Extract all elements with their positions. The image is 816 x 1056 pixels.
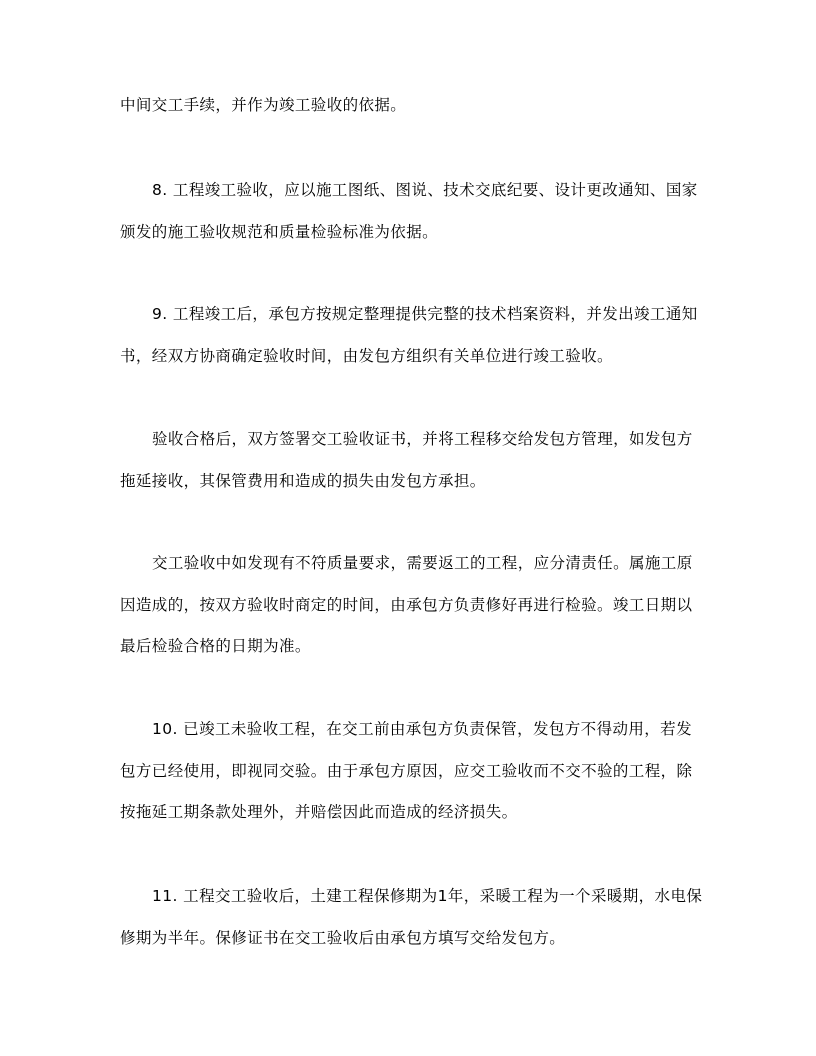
- paragraph-line: 中间交工手续，并作为竣工验收的依据。: [120, 95, 406, 115]
- paragraph-line: 颁发的施工验收规范和质量检验标准为依据。: [120, 222, 438, 242]
- paragraph-line: 交工验收中如发现有不符质量要求，需要返工的工程，应分清责任。属施工原: [152, 553, 693, 573]
- paragraph-line: 因造成的，按双方验收时商定的时间，由承包方负责修好再进行检验。竣工日期以: [120, 595, 692, 615]
- paragraph-line: 包方已经使用，即视同交验。由于承包方原因，应交工验收而不交不验的工程，除: [120, 761, 692, 781]
- paragraph-line: 10. 已竣工未验收工程，在交工前由承包方负责保管，发包方不得动用，若发: [152, 719, 692, 739]
- paragraph-line: 最后检验合格的日期为准。: [120, 636, 311, 656]
- paragraph-line: 修期为半年。保修证书在交工验收后由承包方填写交给发包方。: [120, 928, 565, 948]
- paragraph-line: 拖延接收，其保管费用和造成的损失由发包方承担。: [120, 471, 486, 491]
- paragraph-line: 验收合格后，双方签署交工验收证书，并将工程移交给发包方管理，如发包方: [152, 429, 693, 449]
- paragraph-line: 11. 工程交工验收后，土建工程保修期为1年，采暖工程为一个采暖期，水电保: [152, 886, 702, 906]
- paragraph-line: 按拖延工期条款处理外，并赔偿因此而造成的经济损失。: [120, 802, 518, 822]
- paragraph-line: 书，经双方协商确定验收时间，由发包方组织有关单位进行竣工验收。: [120, 346, 613, 366]
- paragraph-line: 9. 工程竣工后，承包方按规定整理提供完整的技术档案资料，并发出竣工通知: [152, 304, 698, 324]
- paragraph-line: 8. 工程竣工验收，应以施工图纸、图说、技术交底纪要、设计更改通知、国家: [152, 180, 698, 200]
